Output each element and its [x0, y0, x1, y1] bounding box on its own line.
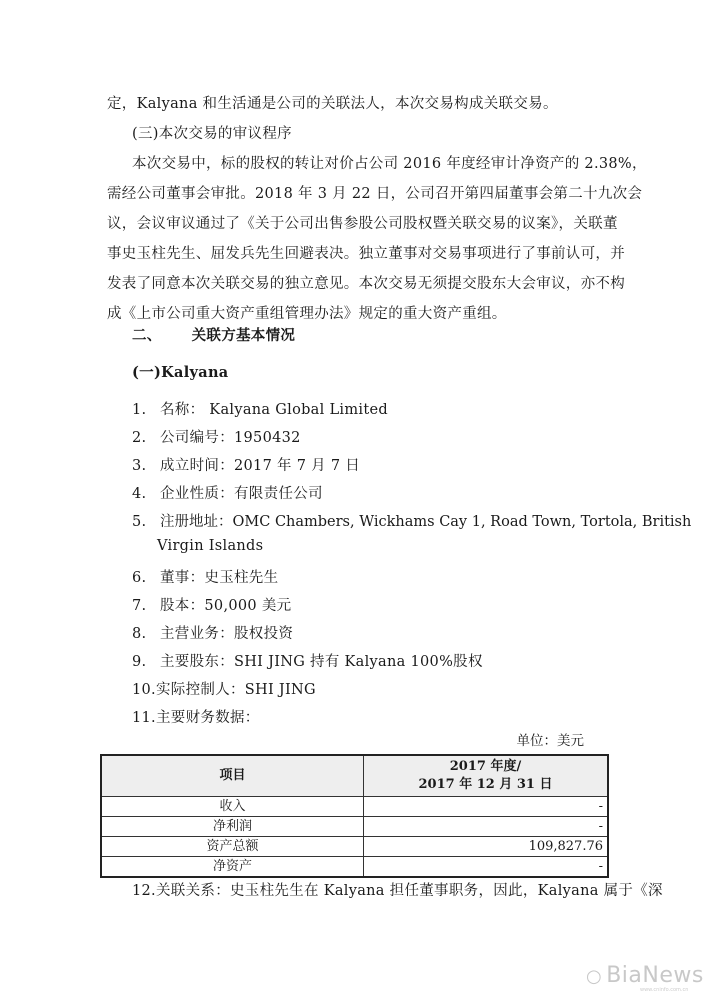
header-period: 2017 年度/ 2017 年 12 月 31 日 [364, 755, 609, 797]
paragraph-line: 发表了同意本次关联交易的独立意见。本次交易无须提交股东大会审议，亦不构 [107, 272, 625, 293]
section-2-number: 二、 [132, 327, 162, 344]
list-item: 12.关联关系：史玉柱先生在 Kalyana 担任董事职务，因此，Kalyana… [132, 879, 663, 900]
list-item: 7.股本：50,000 美元 [132, 594, 291, 615]
section-2-heading: 二、关联方基本情况 [132, 324, 295, 345]
watermark-brand: BiaNews [606, 963, 704, 988]
list-item: 3.成立时间：2017 年 7 月 7 日 [132, 454, 360, 475]
paragraph-line: 需经公司董事会审批。2018 年 3 月 22 日，公司召开第四届董事会第二十九… [107, 182, 642, 203]
section-2-title: 关联方基本情况 [192, 327, 296, 344]
paragraph-line: 本次交易中，标的股权的转让对价占公司 2016 年度经审计净资产的 2.38%， [132, 152, 647, 173]
list-item-continuation: Virgin Islands [157, 538, 263, 554]
watermark: ○BiaNews [586, 963, 704, 988]
list-item: 5.注册地址：OMC Chambers, Wickhams Cay 1, Roa… [132, 510, 691, 531]
list-item: 11.主要财务数据： [132, 706, 260, 727]
table-row: 收入 - [101, 797, 608, 817]
paragraph-line: 事史玉柱先生、屈发兵先生回避表决。独立董事对交易事项进行了事前认可，并 [107, 242, 625, 263]
list-item: 2.公司编号：1950432 [132, 426, 301, 447]
table-row: 资产总额 109,827.76 [101, 837, 608, 857]
watermark-url: www.cninfo.com.cn [640, 987, 688, 993]
paragraph-line: 成《上市公司重大资产重组管理办法》规定的重大资产重组。 [107, 302, 507, 323]
subsection-1-title: (一)Kalyana [132, 361, 229, 382]
list-item: 4.企业性质：有限责任公司 [132, 482, 323, 503]
table-header-row: 项目 2017 年度/ 2017 年 12 月 31 日 [101, 755, 608, 797]
list-item: 8.主营业务：股权投资 [132, 622, 293, 643]
list-item: 1.名称： Kalyana Global Limited [132, 398, 388, 419]
table-row: 净利润 - [101, 817, 608, 837]
list-item: 10.实际控制人：SHI JING [132, 678, 316, 699]
paragraph-line: 定，Kalyana 和生活通是公司的关联法人，本次交易构成关联交易。 [107, 92, 558, 113]
list-item: 9.主要股东：SHI JING 持有 Kalyana 100%股权 [132, 650, 483, 671]
wechat-icon: ○ [586, 966, 602, 987]
header-item: 项目 [101, 755, 364, 797]
paragraph-line: 议，会议审议通过了《关于公司出售参股公司股权暨关联交易的议案》，关联董 [107, 212, 618, 233]
section-3-title: (三)本次交易的审议程序 [132, 122, 292, 143]
table-row: 净资产 - [101, 857, 608, 878]
financial-data-table: 项目 2017 年度/ 2017 年 12 月 31 日 收入 - 净利润 - … [100, 754, 609, 878]
list-item: 6.董事：史玉柱先生 [132, 566, 278, 587]
unit-label: 单位：美元 [517, 729, 585, 749]
